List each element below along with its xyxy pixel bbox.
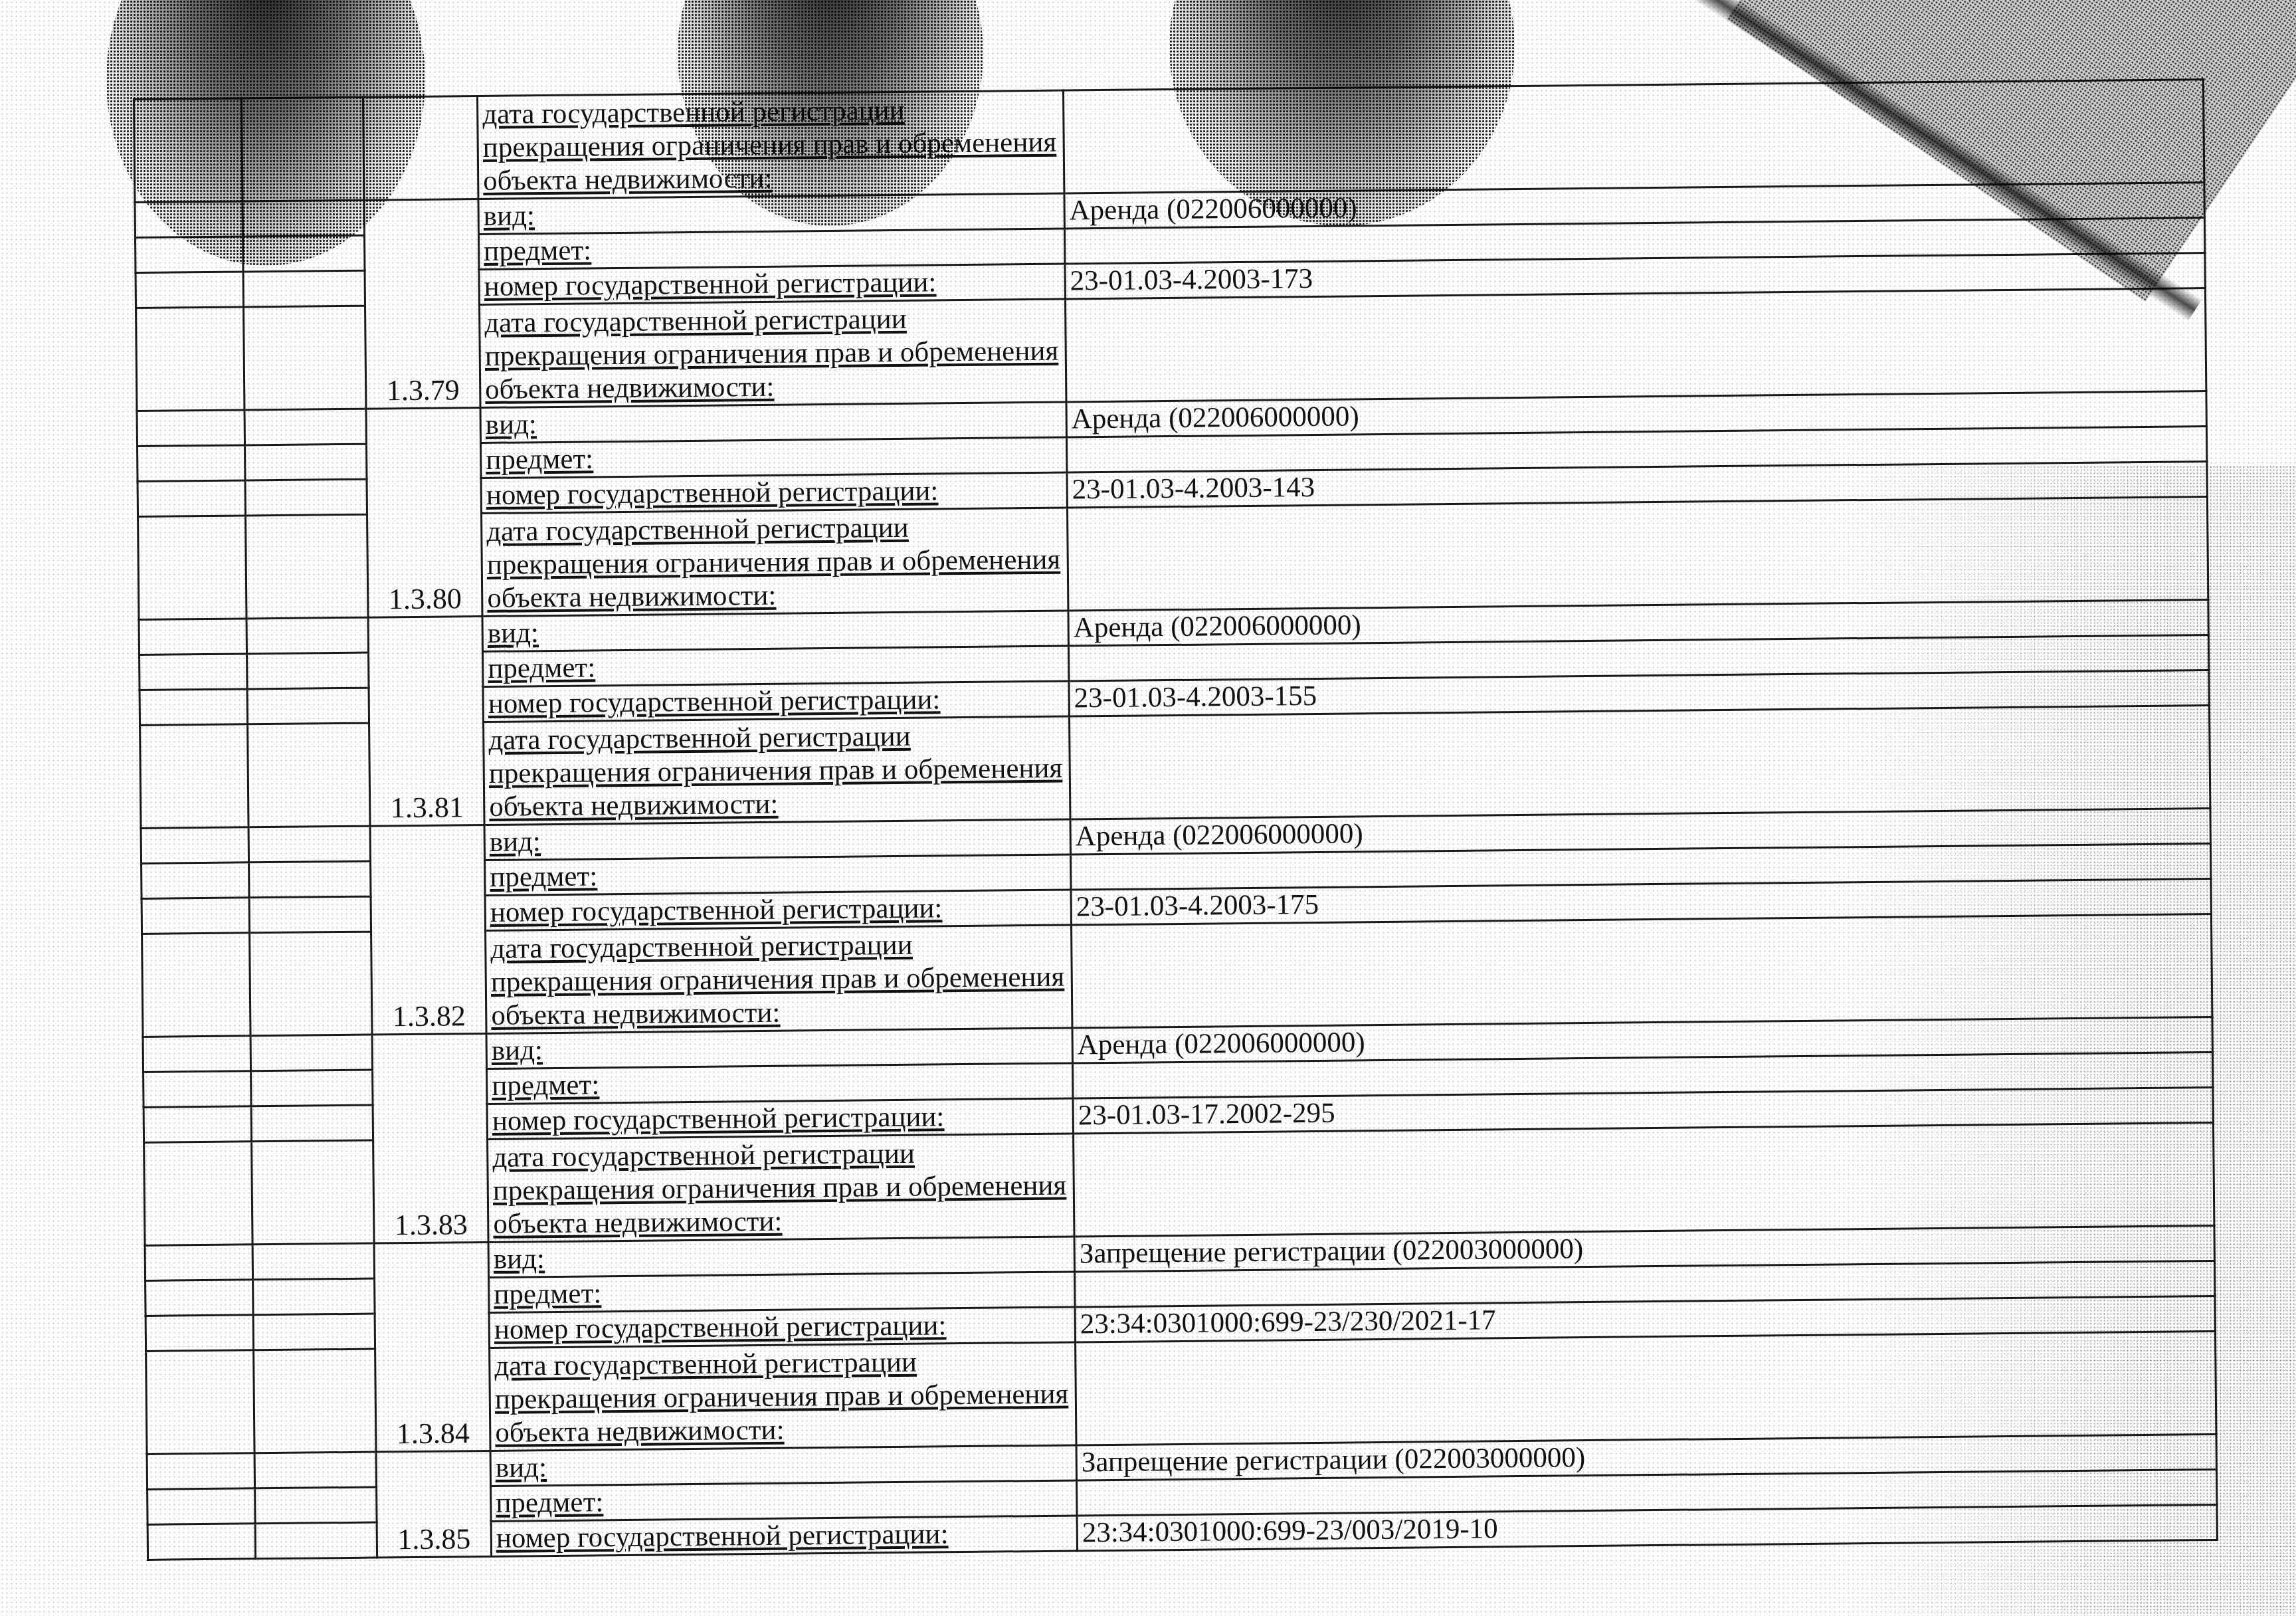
outer-column-b — [248, 723, 370, 827]
outer-column-b — [253, 1278, 375, 1315]
kind-label: вид: — [478, 193, 1064, 234]
outer-column-a — [139, 619, 247, 655]
reg-number-label: номер государственной регистрации: — [485, 890, 1071, 930]
termination-date-label: дата государственной регистрации прекращ… — [490, 1342, 1076, 1451]
entry-number: 1.3.80 — [366, 408, 482, 618]
outer-column-b — [245, 444, 367, 480]
entry-number: 1.3.84 — [374, 1242, 490, 1452]
outer-column-a — [140, 689, 248, 726]
subject-label: предмет: — [485, 855, 1071, 895]
outer-column-b — [246, 617, 369, 654]
outer-column-a — [142, 898, 250, 934]
subject-label: предмет: — [487, 1063, 1073, 1104]
outer-column-b — [250, 932, 372, 1036]
termination-date-value — [1069, 706, 2210, 819]
entry-number: 1.3.79 — [364, 199, 480, 409]
outer-column-b — [255, 1522, 377, 1559]
termination-date-label: дата государственной регистрации прекращ… — [482, 508, 1068, 616]
subject-label: предмет: — [489, 1272, 1075, 1312]
termination-date-value — [1067, 497, 2208, 611]
outer-column-a — [142, 933, 250, 1037]
outer-column-a — [136, 237, 244, 273]
outer-column-b — [250, 1035, 373, 1071]
kind-label: вид: — [484, 819, 1070, 860]
termination-date-label: дата государственной регистрации прекращ… — [480, 299, 1066, 407]
outer-column-a — [142, 862, 250, 899]
reg-number-label: номер государственной регистрации: — [491, 1516, 1077, 1556]
outer-column-a — [141, 827, 249, 864]
outer-column-a — [134, 98, 242, 203]
outer-column-b — [248, 826, 371, 862]
outer-column-a — [137, 410, 245, 447]
reg-number-label: номер государственной регистрации: — [481, 472, 1067, 513]
kind-label: вид: — [480, 402, 1066, 443]
outer-column-a — [138, 445, 246, 482]
kind-label: вид: — [488, 1237, 1074, 1277]
scanned-page: дата государственной регистрации прекращ… — [0, 0, 2296, 1616]
outer-column-b — [251, 1105, 373, 1142]
subject-label: предмет: — [478, 229, 1064, 269]
outer-column-a — [145, 1245, 253, 1281]
outer-column-b — [242, 97, 364, 201]
outer-column-a — [136, 307, 244, 411]
carryover-row: дата государственной регистрации прекращ… — [134, 80, 2204, 203]
outer-column-a — [146, 1350, 254, 1455]
entry-number: 1.3.81 — [368, 616, 484, 826]
kind-label: вид: — [486, 1028, 1072, 1068]
outer-column-b — [254, 1349, 376, 1453]
entry-number: 1.3.82 — [370, 825, 486, 1035]
outer-column-a — [145, 1280, 254, 1316]
outer-column-b — [243, 235, 365, 272]
outer-column-a — [140, 654, 248, 690]
termination-date-value — [1076, 1331, 2216, 1445]
encumbrance-table: дата государственной регистрации прекращ… — [133, 78, 2218, 1561]
termination-date-label: дата государственной регистрации прекращ… — [486, 925, 1072, 1033]
outer-column-a — [143, 1106, 252, 1143]
outer-column-b — [246, 514, 368, 619]
outer-column-a — [147, 1488, 256, 1525]
termination-date-label: дата государственной регистрации прекращ… — [484, 716, 1070, 825]
outer-column-b — [251, 1070, 373, 1106]
row-number-cell — [363, 96, 478, 201]
reg-number-label: номер государственной регистрации: — [483, 681, 1069, 722]
entry-number: 1.3.85 — [376, 1451, 492, 1558]
entry-number: 1.3.83 — [372, 1033, 488, 1243]
outer-column-b — [244, 409, 367, 445]
outer-column-a — [138, 480, 246, 517]
outer-column-b — [243, 270, 365, 307]
outer-column-a — [138, 516, 246, 620]
outer-column-a — [144, 1142, 252, 1246]
reg-number-label: номер государственной регистрации: — [479, 264, 1065, 304]
reg-number-label: номер государственной регистрации: — [489, 1307, 1075, 1348]
outer-column-a — [136, 272, 244, 308]
outer-column-b — [245, 479, 367, 516]
subject-label: предмет: — [483, 646, 1069, 686]
termination-date-label: дата государственной регистрации прекращ… — [488, 1134, 1074, 1242]
outer-column-b — [255, 1487, 377, 1524]
termination-date-value — [1063, 80, 2204, 193]
termination-date-value — [1072, 914, 2212, 1028]
outer-column-a — [147, 1524, 256, 1560]
outer-column-a — [143, 1036, 251, 1072]
kind-label: вид: — [490, 1445, 1076, 1486]
outer-column-b — [247, 653, 369, 689]
outer-column-b — [252, 1140, 374, 1245]
termination-date-value — [1074, 1123, 2214, 1237]
outer-column-b — [247, 688, 369, 724]
outer-column-b — [244, 306, 366, 410]
outer-column-b — [249, 896, 371, 933]
outer-column-a — [140, 724, 248, 829]
register-sheet: дата государственной регистрации прекращ… — [133, 78, 2216, 1561]
outer-column-b — [254, 1452, 377, 1488]
termination-date-label: дата государственной регистрации прекращ… — [477, 90, 1064, 199]
outer-column-a — [145, 1315, 254, 1352]
outer-column-a — [147, 1453, 255, 1490]
subject-label: предмет: — [491, 1480, 1077, 1521]
subject-label: предмет: — [481, 437, 1067, 478]
outer-column-b — [253, 1314, 375, 1350]
outer-column-a — [135, 201, 243, 238]
outer-column-b — [252, 1243, 375, 1280]
outer-column-a — [143, 1071, 252, 1108]
outer-column-b — [242, 200, 365, 237]
kind-label: вид: — [482, 611, 1068, 651]
termination-date-value — [1065, 288, 2206, 402]
outer-column-b — [249, 861, 371, 898]
reg-number-label: номер государственной регистрации: — [487, 1098, 1073, 1139]
